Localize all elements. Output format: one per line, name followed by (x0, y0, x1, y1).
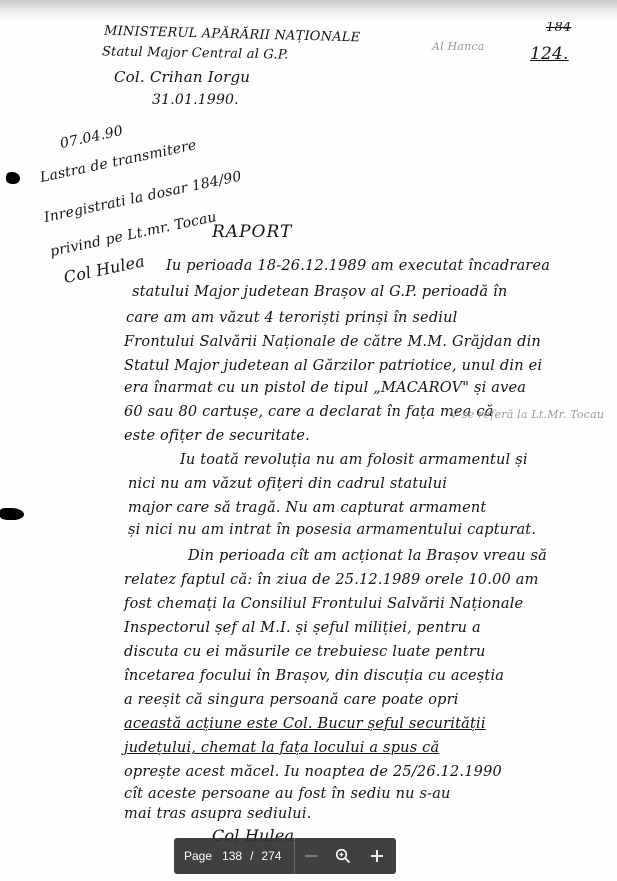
body-line: nici nu am văzut ofițeri din cadrul stat… (128, 476, 447, 492)
body-line: care am am văzut 4 teroriști prinși în s… (126, 310, 458, 326)
document-page: MINISTERUL APĂRĂRII NAȚIONALE Statul Maj… (0, 0, 617, 881)
body-line: cît aceste persoane au fost în sediu nu … (124, 786, 451, 802)
plus-icon (370, 849, 384, 863)
report-title: RAPORT (212, 222, 292, 242)
body-line: Inspectorul șef al M.I. și șeful miliție… (124, 620, 481, 636)
page-number: 124. (530, 44, 569, 64)
body-line-underlined: județului, chemat la fața locului a spus… (124, 740, 439, 756)
body-line: 60 sau 80 cartușe, care a declarat în fa… (124, 404, 494, 420)
viewer-top-shadow (0, 0, 617, 22)
minus-icon (304, 849, 318, 863)
current-page-input[interactable]: 138 (222, 849, 242, 863)
scan-blot (6, 172, 20, 184)
body-line: relatez faptul că: în ziua de 25.12.1989… (124, 572, 539, 588)
body-line: încetarea focului în Brașov, din discuți… (124, 668, 504, 684)
body-line: mai tras asupra sediului. (124, 806, 312, 822)
pdf-viewer: MINISTERUL APĂRĂRII NAȚIONALE Statul Maj… (0, 0, 617, 881)
faint-annotation: V se referă la Lt.Mr. Tocau (450, 408, 604, 421)
page-label: Page (184, 849, 212, 863)
body-line: a reeșit că singura persoană care poate … (124, 692, 459, 708)
zoom-out-button[interactable] (295, 838, 327, 874)
old-page-number: 184 (546, 20, 571, 35)
body-line: Frontului Salvării Naționale de către M.… (124, 334, 541, 350)
margin-note-line: 07.04.90 (59, 123, 125, 152)
body-line: oprește acest măcel. Iu noaptea de 25/26… (124, 764, 502, 780)
magnifier-icon (335, 848, 351, 864)
total-pages: 274 (261, 849, 281, 863)
body-line: fost chemați la Consiliul Frontului Salv… (124, 596, 523, 612)
page-navigation-toolbar: Page 138 / 274 (174, 838, 396, 874)
body-line: statului Major judetean Brașov al G.P. p… (132, 284, 507, 300)
body-line: Statul Major judetean al Gărzilor patrio… (124, 358, 542, 374)
body-line-underlined: această acțiune este Col. Bucur șeful se… (124, 716, 486, 732)
body-line: este ofițer de securitate. (124, 428, 310, 444)
header-date: 31.01.1990. (152, 92, 239, 108)
body-line: Din perioada cît am acționat la Brașov v… (188, 548, 547, 564)
page-separator: / (250, 849, 253, 863)
zoom-fit-button[interactable] (327, 838, 359, 874)
zoom-in-button[interactable] (359, 838, 395, 874)
page-indicator: Page 138 / 274 (174, 838, 294, 874)
scan-blot (0, 508, 24, 520)
header-staff: Statul Major Central al G.P. (102, 44, 289, 62)
faint-note-top: Al Hanca (432, 40, 485, 53)
body-line: Iu toată revoluția nu am folosit armamen… (180, 452, 528, 468)
header-ministry: MINISTERUL APĂRĂRII NAȚIONALE (104, 24, 361, 46)
header-officer: Col. Crihan Iorgu (114, 68, 250, 86)
body-line: discuta cu ei măsurile ce trebuiesc luat… (124, 644, 486, 660)
body-line: și nici nu am intrat în posesia armament… (128, 522, 536, 538)
margin-note-line: Col Hulea (62, 251, 146, 287)
body-line: era înarmat cu un pistol de tipul „MACAR… (124, 380, 526, 396)
body-line: Iu perioada 18-26.12.1989 am executat în… (166, 258, 550, 274)
body-line: major care să tragă. Nu am capturat arma… (128, 500, 486, 516)
